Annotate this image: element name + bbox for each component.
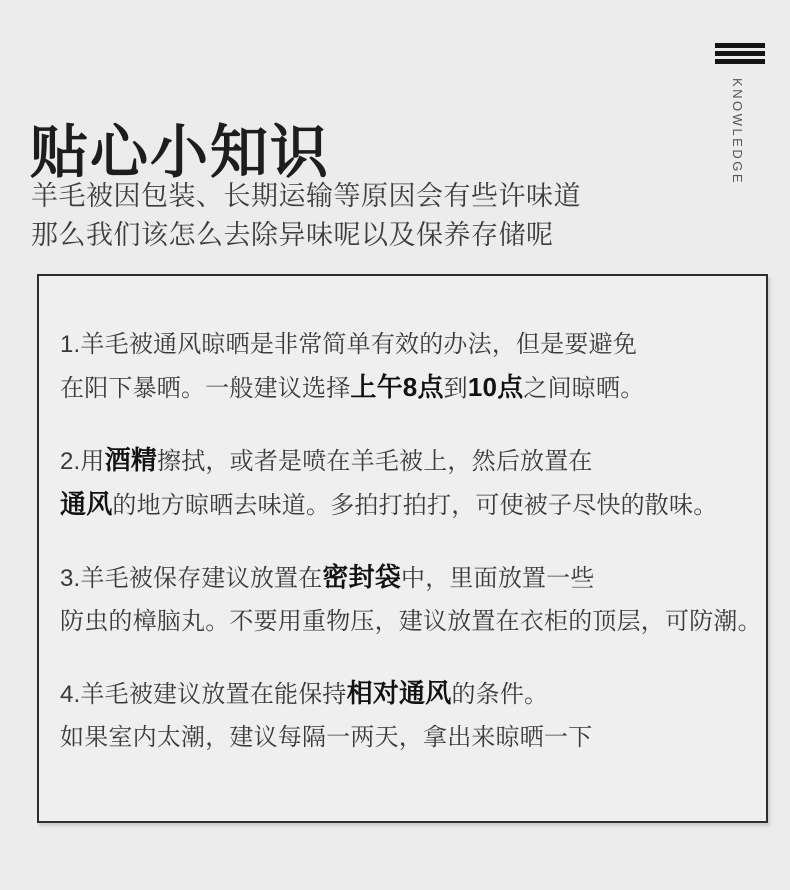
three-bars-icon: [715, 43, 765, 64]
tip-text-bold: 通风: [60, 489, 112, 519]
tip-item-3: 3.羊毛被保存建议放置在密封袋中，里面放置一些 防虫的樟脑丸。不要用重物压，建议…: [60, 556, 758, 643]
knowledge-vertical-label: KNOWLEDGE: [730, 78, 745, 185]
tip-text: 的条件。: [451, 681, 548, 708]
tip-text: 之间晾晒。: [523, 375, 644, 402]
tip-1-line-2: 在阳下暴晒。一般建议选择上午8点到10点之间晾晒。: [60, 366, 758, 410]
subtitle-line-2: 那么我们该怎么去除异味呢以及保养存储呢: [31, 216, 581, 255]
tip-text: 中，里面放置一些: [401, 565, 595, 592]
tips-box: 1.羊毛被通风晾晒是非常简单有效的办法，但是要避免 在阳下暴晒。一般建议选择上午…: [37, 274, 768, 823]
tip-item-4: 4.羊毛被建议放置在能保持相对通风的条件。 如果室内太潮，建议每隔一两天，拿出来…: [60, 672, 758, 759]
tip-text: 如果室内太潮，建议每隔一两天，拿出来晾晒一下: [60, 724, 592, 751]
tip-text: 的地方晾晒去味道。多拍打拍打，可使被子尽快的散味。: [112, 492, 717, 519]
tip-2-line-1: 2.用酒精擦拭，或者是喷在羊毛被上，然后放置在: [60, 439, 758, 483]
tip-text-bold: 10点: [468, 372, 524, 402]
tip-4-line-1: 4.羊毛被建议放置在能保持相对通风的条件。: [60, 672, 758, 716]
tip-text: 1.羊毛被通风晾晒是非常简单有效的办法，但是要避免: [60, 331, 637, 358]
tip-item-2: 2.用酒精擦拭，或者是喷在羊毛被上，然后放置在 通风的地方晾晒去味道。多拍打拍打…: [60, 439, 758, 527]
tip-text: 到: [444, 375, 468, 402]
tip-text: 3.羊毛被保存建议放置在: [60, 565, 322, 592]
tip-text-bold: 酒精: [105, 445, 157, 475]
bar-line: [715, 51, 765, 56]
tip-text-bold: 相对通风: [347, 678, 452, 708]
tip-2-line-2: 通风的地方晾晒去味道。多拍打拍打，可使被子尽快的散味。: [60, 483, 758, 527]
bar-line: [715, 59, 765, 64]
subtitle: 羊毛被因包装、长期运输等原因会有些许味道 那么我们该怎么去除异味呢以及保养存储呢: [31, 177, 581, 255]
tip-3-line-2: 防虫的樟脑丸。不要用重物压，建议放置在衣柜的顶层，可防潮。: [60, 600, 758, 643]
tip-text: 2.用: [60, 448, 105, 475]
tip-3-line-1: 3.羊毛被保存建议放置在密封袋中，里面放置一些: [60, 556, 758, 600]
tip-text-bold: 上午8点: [350, 372, 443, 402]
bar-line: [715, 43, 765, 48]
tip-text: 4.羊毛被建议放置在能保持: [60, 681, 347, 708]
tip-text-bold: 密封袋: [322, 562, 401, 592]
tip-item-1: 1.羊毛被通风晾晒是非常简单有效的办法，但是要避免 在阳下暴晒。一般建议选择上午…: [60, 323, 758, 410]
tip-text: 擦拭，或者是喷在羊毛被上，然后放置在: [157, 448, 593, 475]
tip-text: 防虫的樟脑丸。不要用重物压，建议放置在衣柜的顶层，可防潮。: [60, 608, 762, 635]
subtitle-line-1: 羊毛被因包装、长期运输等原因会有些许味道: [31, 177, 581, 216]
tip-4-line-2: 如果室内太潮，建议每隔一两天，拿出来晾晒一下: [60, 716, 758, 759]
tip-text: 在阳下暴晒。一般建议选择: [60, 375, 350, 402]
tip-1-line-1: 1.羊毛被通风晾晒是非常简单有效的办法，但是要避免: [60, 323, 758, 366]
